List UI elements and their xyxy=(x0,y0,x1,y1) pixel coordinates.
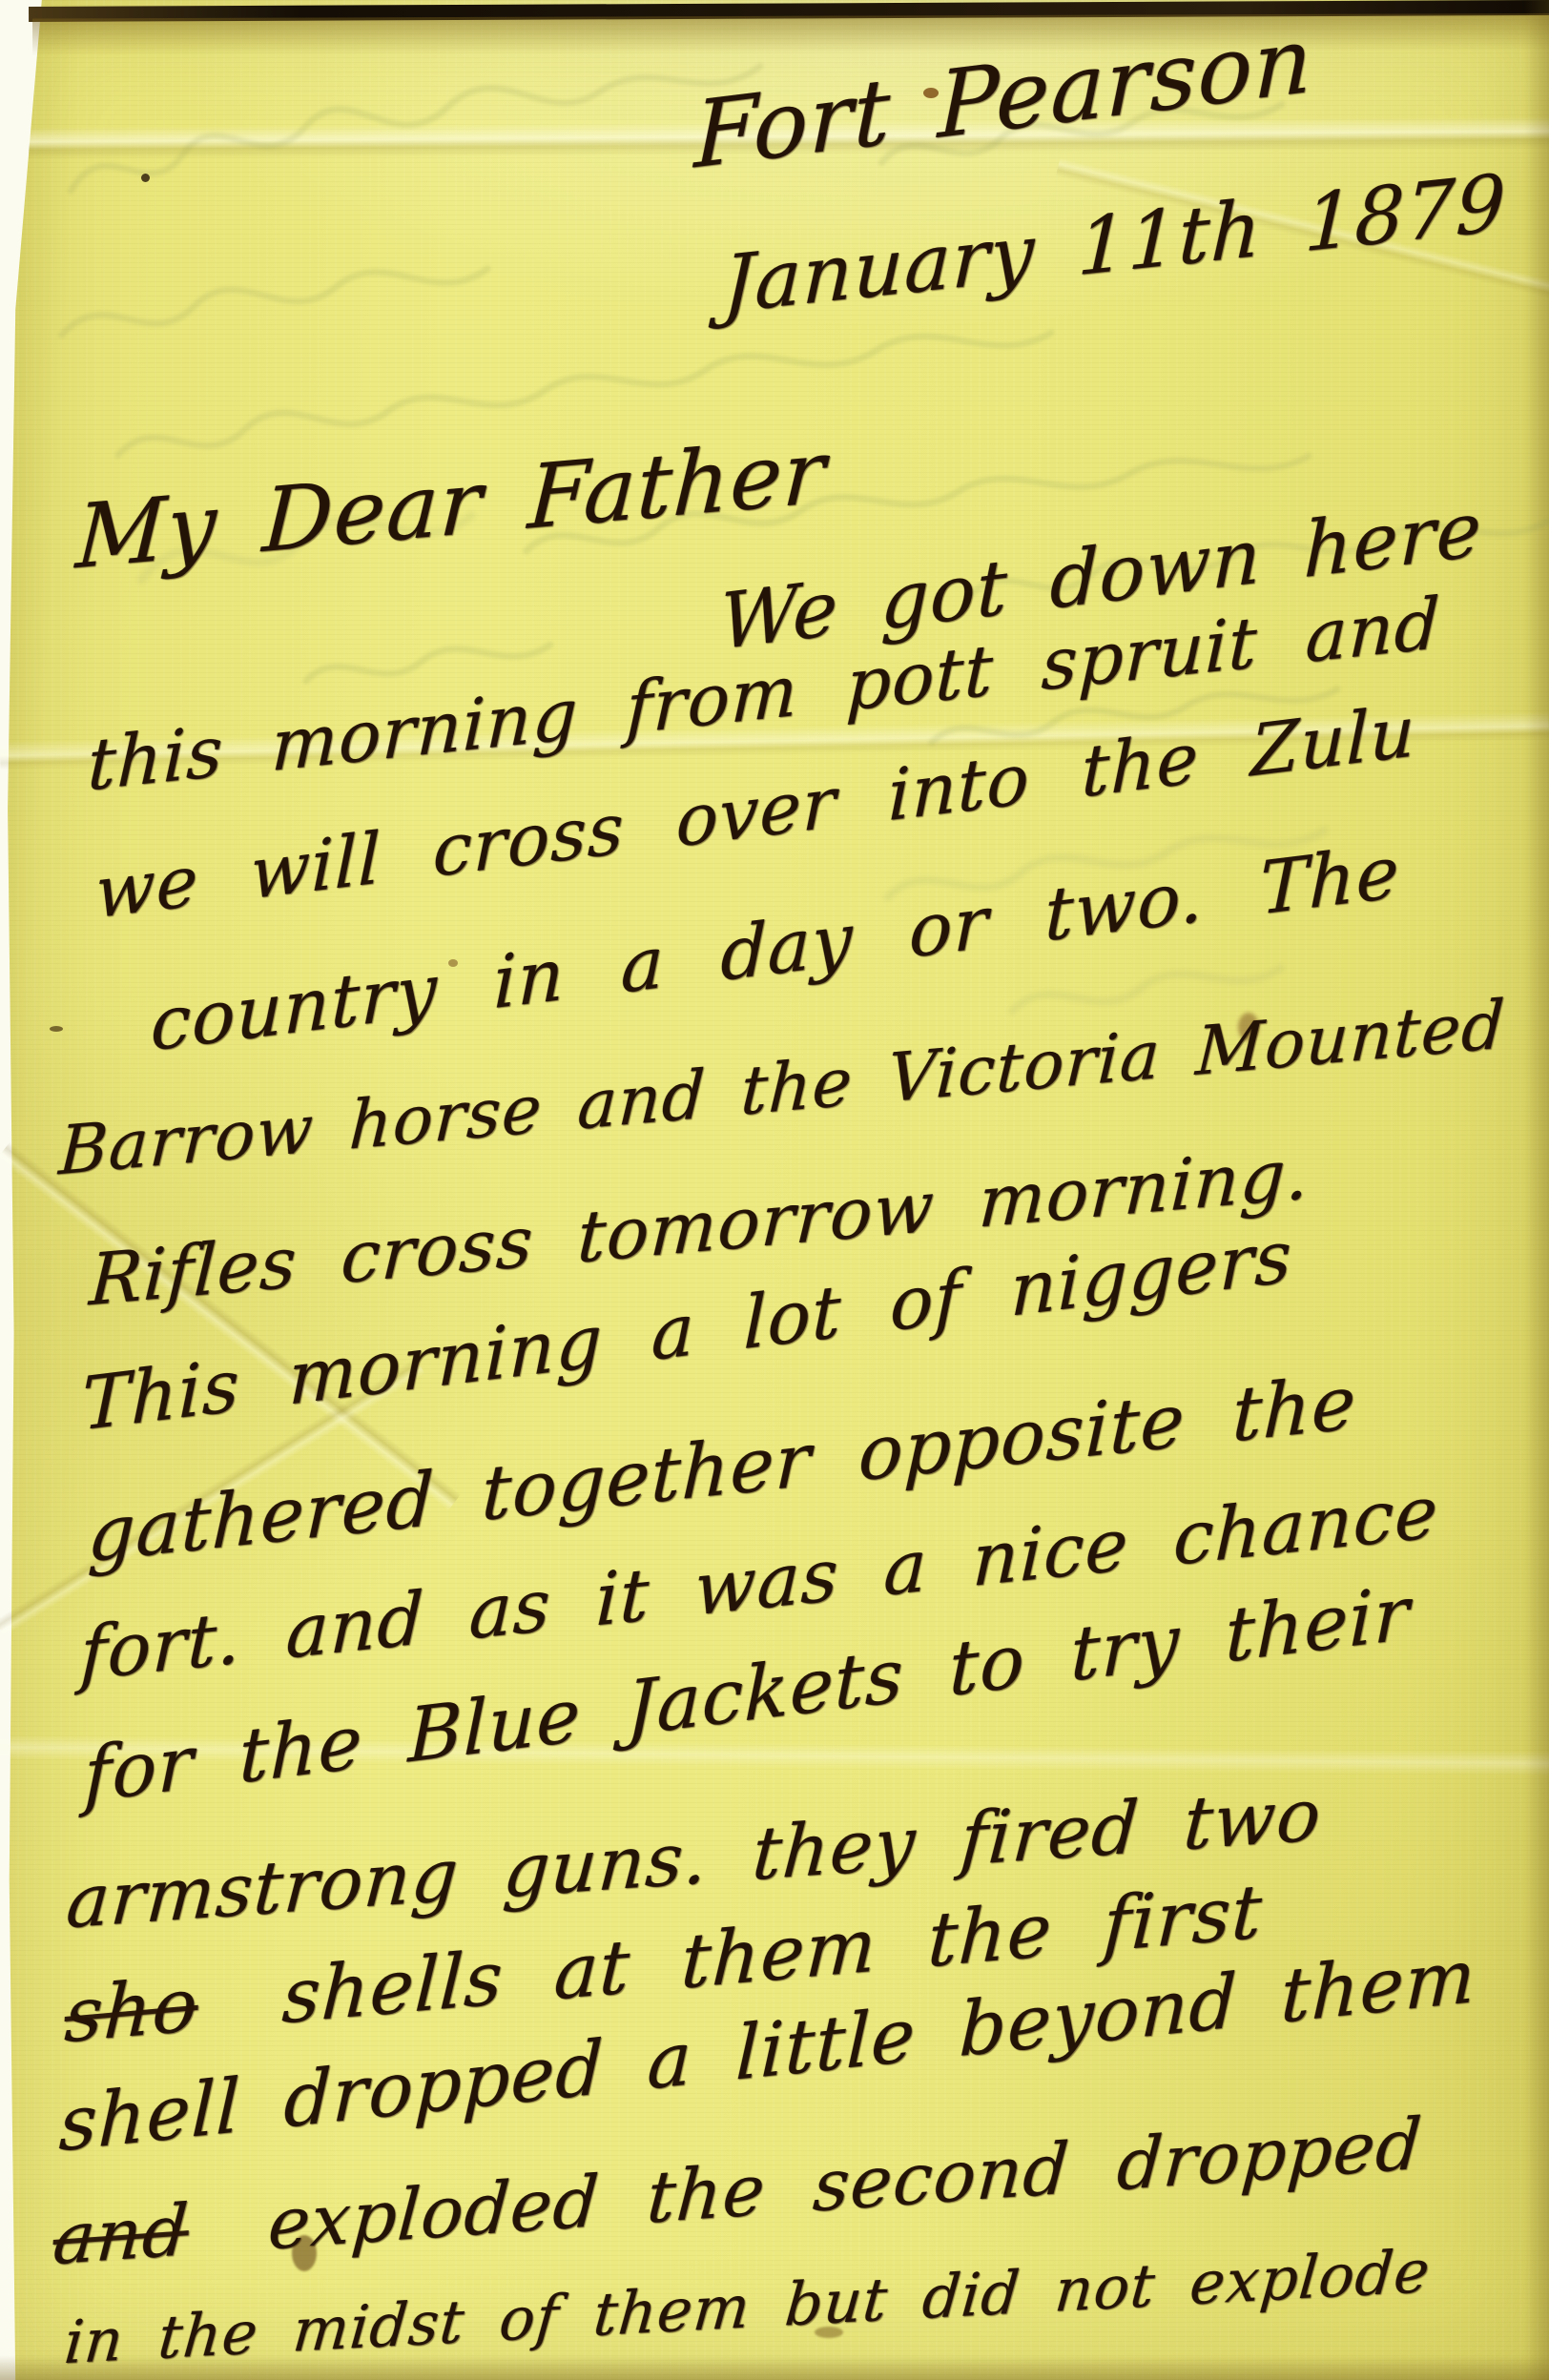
struck-out-word: and xyxy=(51,2189,192,2282)
ink-speck xyxy=(50,1026,63,1032)
paper-right-edge-shade xyxy=(1524,0,1549,2380)
scanned-letter-page: Fort Pearson January 11th 1879 My Dear F… xyxy=(0,0,1549,2380)
ink-speck xyxy=(141,174,150,182)
struck-out-word: sho xyxy=(63,1961,200,2060)
paper-top-fold-shadow xyxy=(32,13,1549,63)
